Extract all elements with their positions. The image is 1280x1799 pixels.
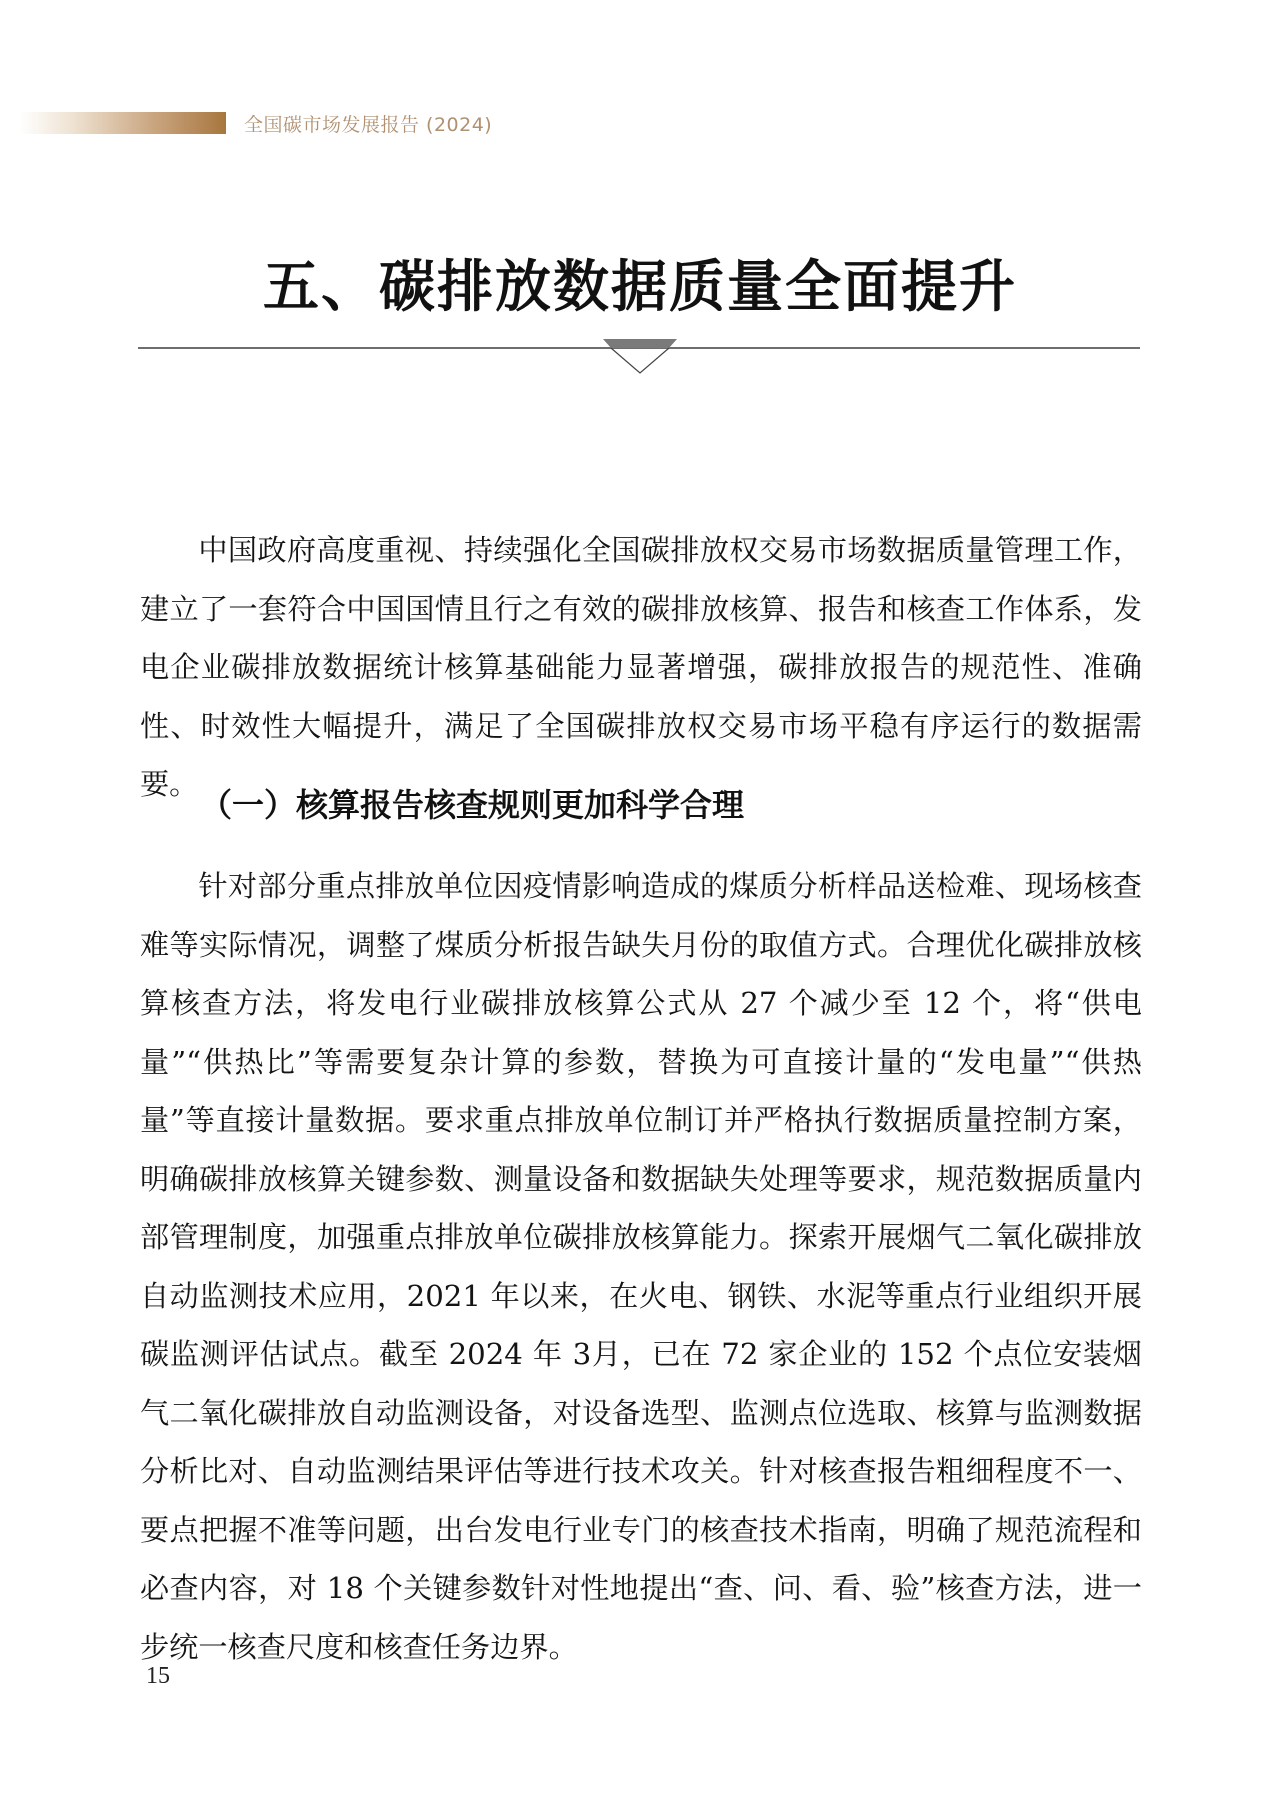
section-heading: （一）核算报告核查规则更加科学合理 xyxy=(200,780,744,826)
running-header: 全国碳市场发展报告 (2024) xyxy=(0,112,1280,136)
header-gradient-bar xyxy=(20,112,226,134)
intro-paragraph: 中国政府高度重视、持续强化全国碳排放权交易市场数据质量管理工作，建立了一套符合中… xyxy=(140,521,1142,814)
triangle-ornament-icon xyxy=(603,339,677,375)
page-number: 15 xyxy=(146,1663,170,1690)
chapter-title: 五、碳排放数据质量全面提升 xyxy=(0,243,1280,323)
running-header-title: 全国碳市场发展报告 (2024) xyxy=(244,110,492,137)
section-paragraph: 针对部分重点排放单位因疫情影响造成的煤质分析样品送检难、现场核查难等实际情况，调… xyxy=(140,857,1142,1676)
